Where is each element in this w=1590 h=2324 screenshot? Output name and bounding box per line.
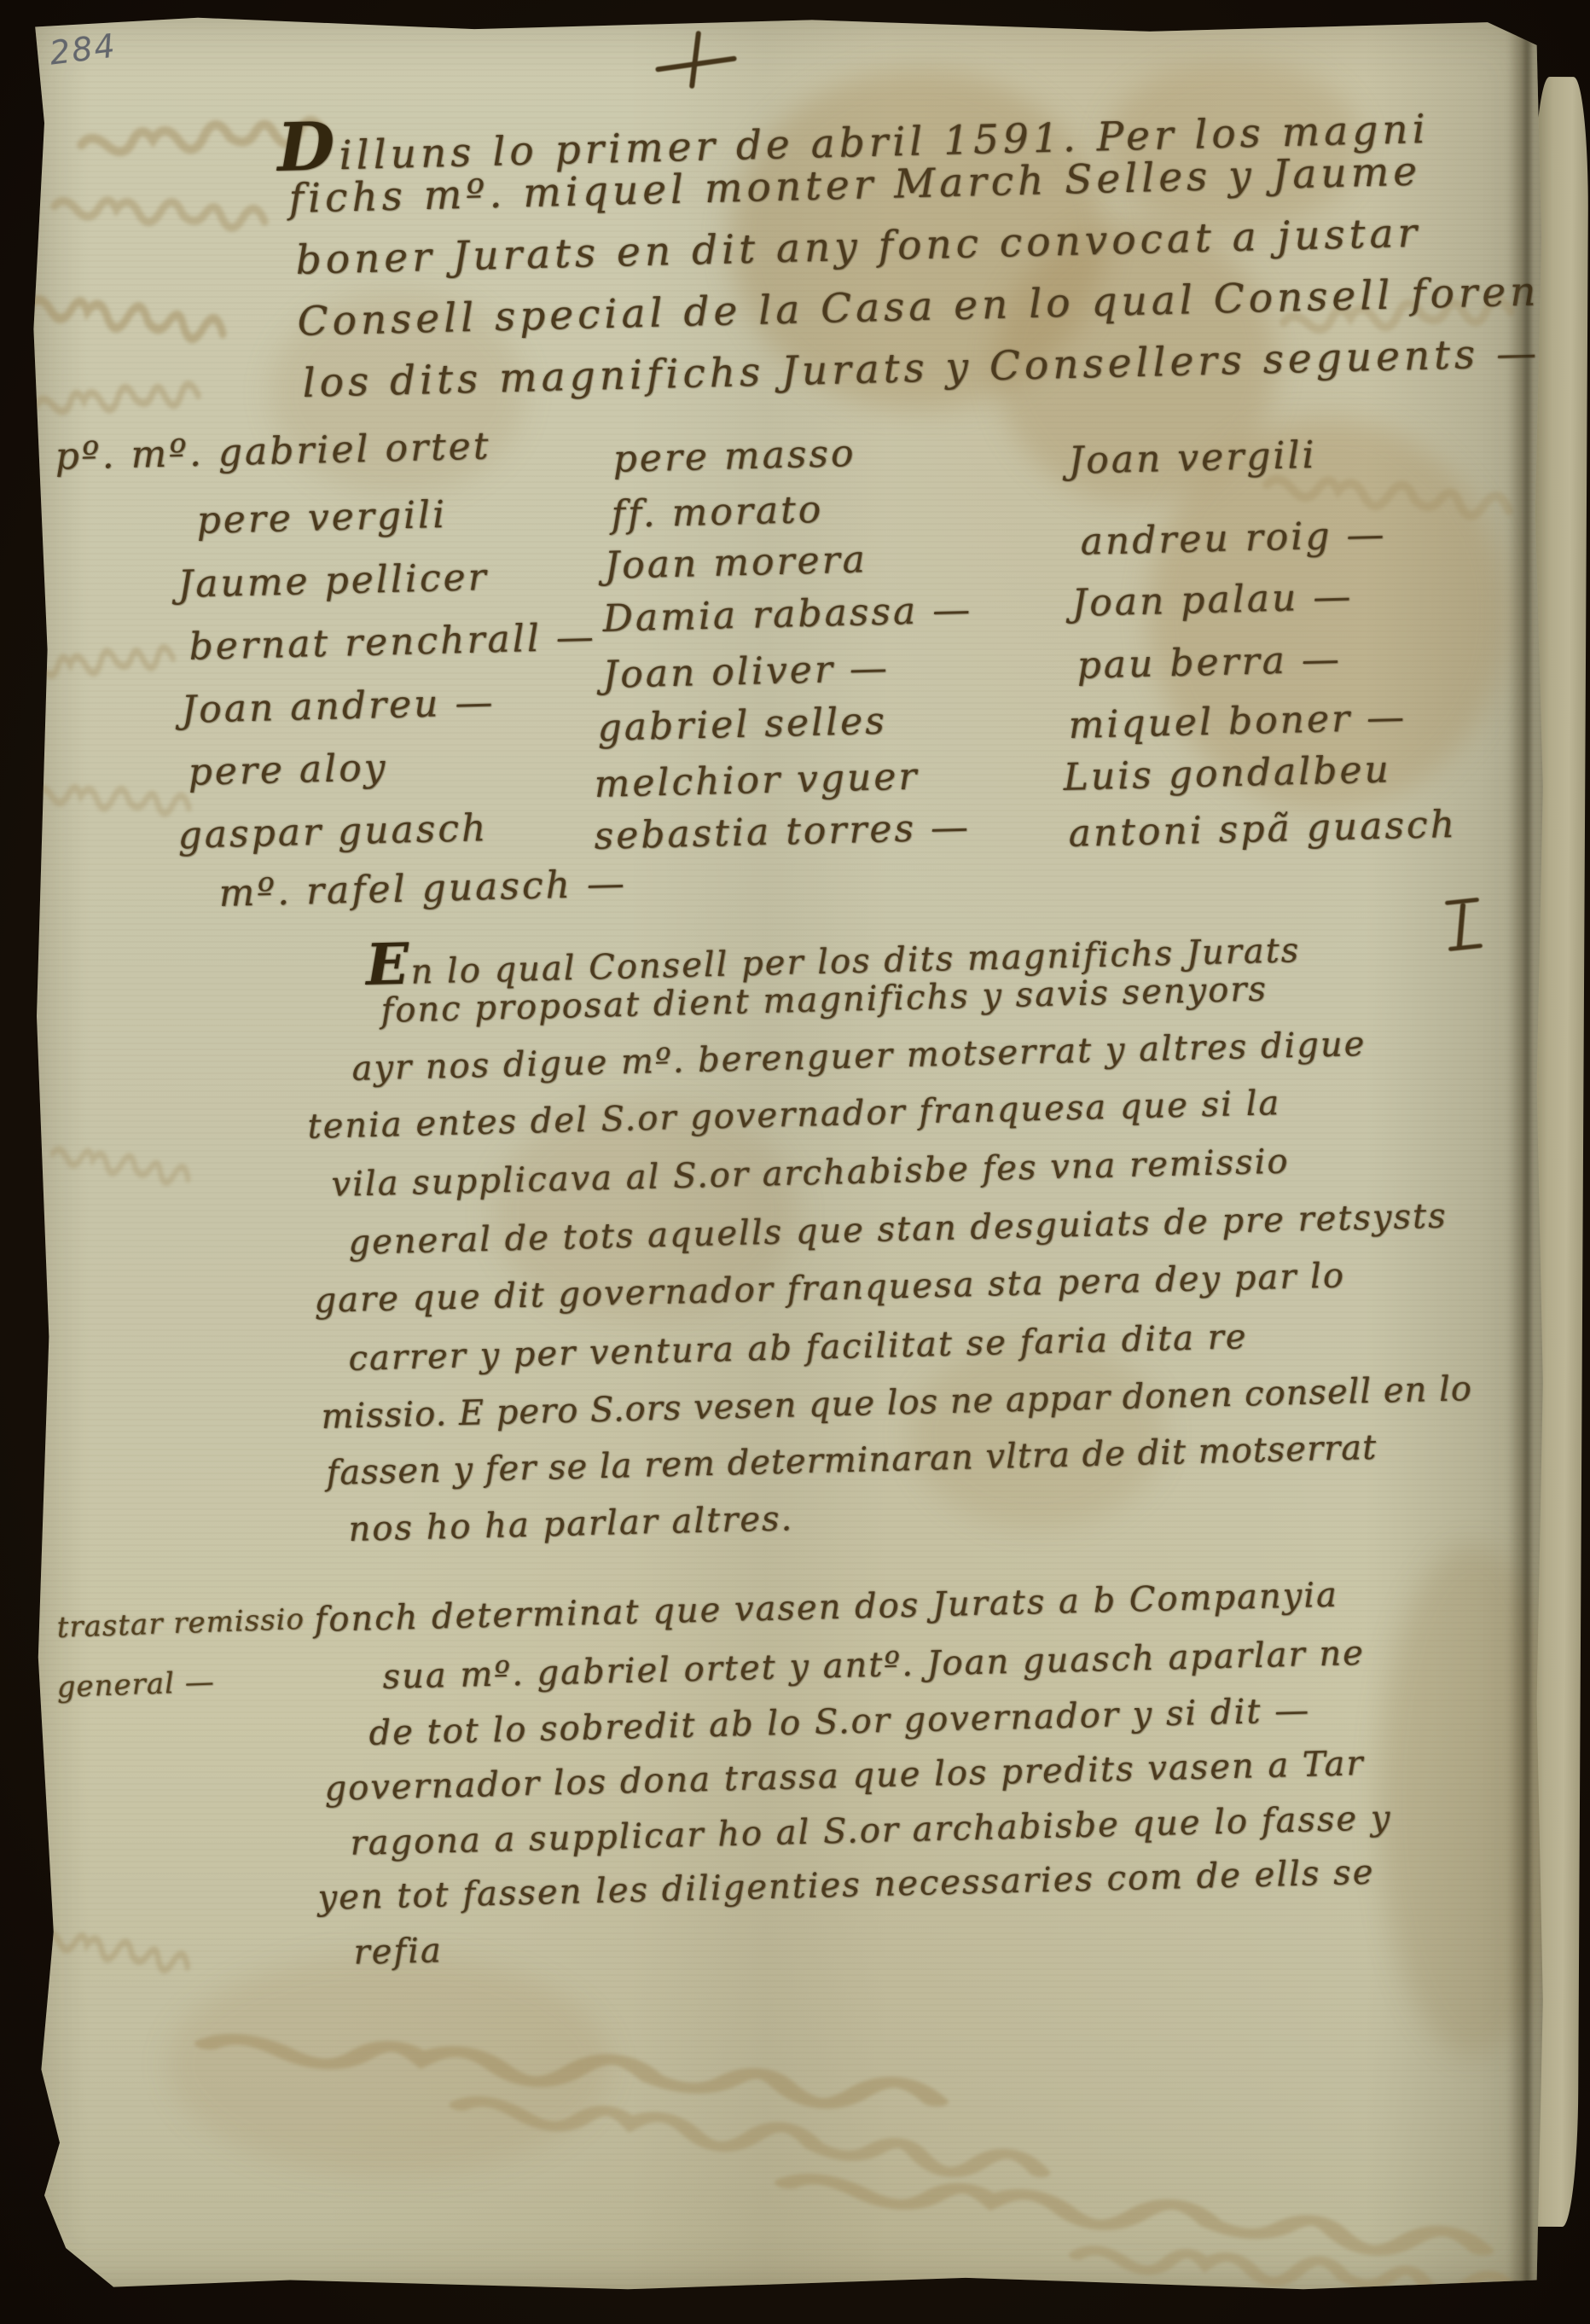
resolution-line: refia	[353, 1931, 443, 1972]
bleed-through-ink	[1062, 2228, 1525, 2298]
bleed-through-ink	[37, 1915, 194, 1981]
manuscript-scan: 284 Dilluns lo primer de abril 1591. Per…	[0, 0, 1590, 2324]
attendee-name: pere aloy	[188, 746, 388, 794]
attendee-name: Joan palau —	[1071, 575, 1354, 625]
attendee-name: pere vergili	[196, 493, 448, 543]
paper-stain	[909, 1339, 1165, 1527]
attendee-name: andreu roig —	[1080, 513, 1387, 564]
bleed-through-ink	[46, 1132, 195, 1192]
resolution-line: sua mº. gabriel ortet y antº. Joan guasc…	[382, 1634, 1365, 1697]
paper-stain	[167, 1954, 611, 2176]
attendee-name: melchior vguer	[594, 755, 920, 806]
proposal-line: tenia entes del S.or governador franques…	[307, 1084, 1281, 1147]
margin-note-line: general —	[56, 1665, 215, 1705]
proposal-line: vila supplicava al S.or archabisbe fes v…	[331, 1142, 1290, 1205]
attendee-name: sebastia torres —	[594, 805, 972, 858]
attendee-name: Joan morera	[604, 537, 868, 588]
bleed-through-ink	[29, 368, 202, 423]
manuscript-page: 284 Dilluns lo primer de abril 1591. Per…	[14, 9, 1549, 2298]
attendee-name: mº. rafel guasch —	[218, 862, 627, 915]
attendee-name: gaspar guasch	[177, 806, 489, 857]
proposal-line: missio. E pero S.ors vesen que los ne ap…	[321, 1369, 1472, 1437]
resolution-line: ragona a supplicar ho al S.or archabisbe…	[350, 1798, 1392, 1863]
bleed-through-ink	[30, 770, 194, 821]
bleed-through-ink	[439, 2076, 1055, 2191]
proposal-line: carrer y per ventura ab facilitat se far…	[348, 1317, 1248, 1379]
bleed-through-ink	[763, 2153, 1499, 2269]
attendee-name: pº. mº. gabriel ortet	[55, 425, 491, 479]
attendee-name: pere masso	[612, 432, 856, 481]
attendee-name: antoni spã guasch	[1068, 803, 1458, 856]
attendee-name: Jaume pellicer	[177, 555, 489, 607]
resolution-line: fonch determinat que vasen dos Jurats a …	[314, 1576, 1338, 1640]
resolution-line: governador los dona trassa que los predi…	[324, 1744, 1365, 1809]
attendee-name: gabriel selles	[597, 700, 887, 750]
opening-line: boner Jurats en dit any fonc convocat a …	[295, 210, 1422, 284]
attendee-name: Joan oliver —	[602, 647, 890, 697]
proposal-line: fassen y fer se la rem determinaran vltr…	[326, 1428, 1378, 1493]
proposal-line: nos ho ha parlar altres.	[348, 1499, 794, 1549]
proposal-line: gare que dit governador franquesa sta pe…	[314, 1256, 1345, 1321]
margin-note-line: trastar remissio	[56, 1602, 305, 1645]
opening-line: los dits magnifichs Jurats y Consellers …	[302, 330, 1541, 407]
attendee-name: pau berra —	[1076, 637, 1342, 688]
bleed-through-ink	[20, 632, 177, 688]
attendee-name: Damia rabassa —	[602, 588, 973, 641]
resolution-line: yen tot fassen les diligenties necessari…	[317, 1853, 1375, 1918]
attendee-name: Joan andreu —	[181, 681, 496, 732]
attendee-name: bernat renchrall —	[189, 615, 596, 669]
bleed-through-ink	[183, 2013, 953, 2121]
proposal-line: general de tots aquells que stan desguia…	[348, 1197, 1448, 1263]
attendee-name: ff. morato	[611, 488, 824, 537]
attendee-name: Luis gondalbeu	[1063, 748, 1391, 799]
bleed-through-ink	[21, 278, 230, 351]
proposal-line: ayr nos digue mº. berenguer motserrat y …	[351, 1025, 1367, 1089]
bleed-through-ink	[47, 182, 270, 236]
resolution-line: de tot lo sobredit ab lo S.or governador…	[368, 1691, 1311, 1753]
folio-number: 284	[48, 26, 119, 72]
attendee-name: miquel boner —	[1068, 695, 1407, 747]
page-crease	[1508, 9, 1534, 2298]
attendee-name: Joan vergili	[1068, 433, 1317, 483]
